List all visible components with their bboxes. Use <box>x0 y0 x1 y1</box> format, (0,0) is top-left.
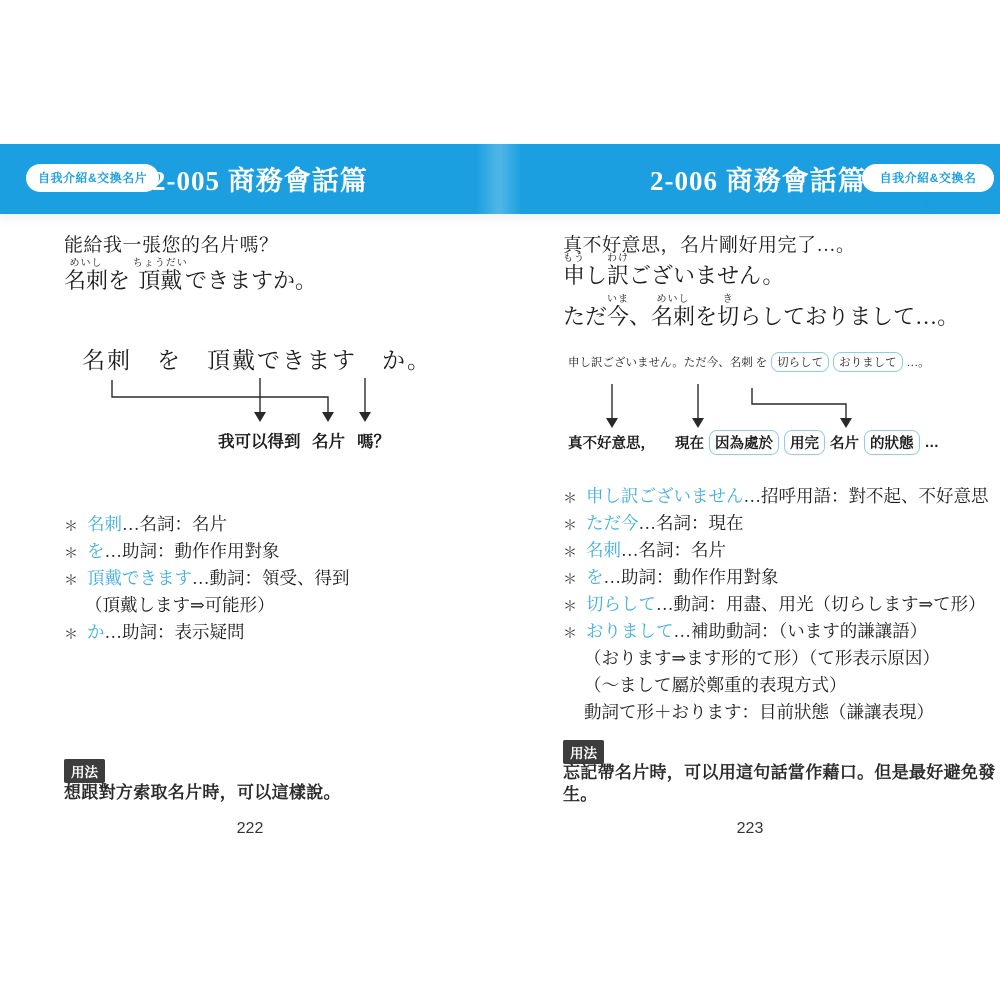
vocab-term: 切らして <box>586 591 656 616</box>
category-tab-right: 自我介紹&交換名片 <box>862 164 994 192</box>
page-gutter-seam <box>476 144 522 214</box>
translation-word: 名片 <box>312 428 345 452</box>
vocab-bullet: ＊ <box>563 488 577 508</box>
vocab-entry: ＊ ただ今 …名詞：現在 <box>563 509 989 536</box>
translation-segment: 真不好意思， <box>568 432 655 453</box>
vocab-entry: ＊ 名刺 …名詞：名片 <box>64 510 350 537</box>
vocab-desc: …助詞：動作作用對象 <box>105 538 280 563</box>
sentence-breakdown-diagram-left: 名刺 を 頂戴できます か。 我可以得到 名片 嗎？ <box>20 342 490 460</box>
category-tab-left: 自我介紹&交換名片 <box>26 164 159 192</box>
vocab-entry: ＊ か …助詞：表示疑問 <box>64 618 350 645</box>
vocab-term: 頂戴できます <box>87 565 192 590</box>
vocab-term: ただ今 <box>586 510 639 535</box>
translation-segment-boxed: 因為處於 <box>709 430 779 455</box>
vocab-note: （おります⇒ます形的て形）（て形表示原因） <box>563 644 989 671</box>
translation-segment: … <box>925 435 940 451</box>
vocab-desc: …補助動詞：（います的謙讓語） <box>674 618 928 643</box>
japanese-sentence-left: 名刺めいしを 頂戴ちょうだいできますか。 <box>64 258 317 295</box>
chinese-intro-left: 能給我一張您的名片嗎？ <box>64 230 279 257</box>
vocab-term: を <box>87 538 105 563</box>
vocab-bullet: ＊ <box>64 624 78 644</box>
vocab-term: 名刺 <box>87 511 122 536</box>
vocab-desc: …助詞：動作作用對象 <box>604 564 779 589</box>
vocab-entry: ＊ 申し訳ございません …招呼用語：對不起、不好意思 <box>563 482 989 509</box>
vocab-bullet: ＊ <box>64 516 78 536</box>
usage-label-right: 用法 <box>563 740 604 764</box>
vocab-bullet: ＊ <box>64 570 78 590</box>
vocab-term: おりまして <box>586 618 674 643</box>
vocab-entry: ＊ 切らして …動詞：用盡、用光（切らします⇒て形） <box>563 590 989 617</box>
lesson-title-left: 2-005 商務會話篇 <box>152 159 368 198</box>
vocab-term: を <box>586 564 604 589</box>
translation-segment: 名片 <box>830 432 859 453</box>
vocab-entry: ＊ おりまして …補助動詞：（います的謙讓語） <box>563 617 989 644</box>
vocab-bullet: ＊ <box>563 596 577 616</box>
usage-label-left: 用法 <box>64 759 105 783</box>
page-number-right: 223 <box>500 820 1000 838</box>
translation-segment-boxed: 用完 <box>784 430 825 455</box>
vocab-desc: …動詞：領受、得到 <box>192 565 350 590</box>
vocab-term: 申し訳ございません <box>586 483 744 508</box>
japanese-sentence-right-2: ただ今いま、名刺めいしを切きらしておりまして…。 <box>563 294 959 331</box>
translation-segment-boxed: 的狀態 <box>864 430 920 455</box>
translation-word: 嗎？ <box>357 428 390 452</box>
vocab-bullet: ＊ <box>563 515 577 535</box>
book-spread-photo: { "theme": { "header_blue": "#1b9fe0", "… <box>0 0 1000 1000</box>
vocab-note: 動詞て形＋おります：目前狀態（謙讓表現） <box>563 698 989 725</box>
vocab-bullet: ＊ <box>64 543 78 563</box>
usage-text-right: 忘記帶名片時，可以用這句話當作藉口。但是最好避免發生。 <box>563 762 1000 806</box>
vocab-desc: …名詞：名片 <box>621 537 726 562</box>
vocab-entry: ＊ を …助詞：動作作用對象 <box>64 537 350 564</box>
vocab-entry: ＊ を …助詞：動作作用對象 <box>563 563 989 590</box>
sentence-breakdown-diagram-right: 申し訳ございません。ただ今、名刺 を 切らして おりまして …。 真不好意思， … <box>540 350 1000 465</box>
translation-segment: 現在 <box>675 432 704 453</box>
vocab-desc: …動詞：用盡、用光（切らします⇒て形） <box>656 591 986 616</box>
vocab-term: 名刺 <box>586 537 621 562</box>
vocab-bullet: ＊ <box>563 623 577 643</box>
usage-text-left: 想跟對方索取名片時，可以這樣說。 <box>64 782 474 804</box>
header-bar: 自我介紹&交換名片 2-005 商務會話篇 2-006 商務會話篇 自我介紹&交… <box>0 144 1000 214</box>
vocab-desc: …名詞：現在 <box>639 510 744 535</box>
japanese-sentence-right-1: 申もうし訳わけございません。 <box>563 253 784 290</box>
vocab-entry: ＊ 名刺 …名詞：名片 <box>563 536 989 563</box>
vocab-desc: …名詞：名片 <box>122 511 227 536</box>
vocab-term: か <box>87 619 105 644</box>
page-number-left: 222 <box>0 820 500 838</box>
vocab-entry: ＊ 頂戴できます …動詞：領受、得到 <box>64 564 350 591</box>
translation-word: 我可以得到 <box>218 428 301 452</box>
vocab-desc: …招呼用語：對不起、不好意思 <box>744 483 989 508</box>
vocab-desc: …助詞：表示疑問 <box>105 619 245 644</box>
vocab-note: （～まして屬於鄭重的表現方式） <box>563 671 989 698</box>
vocab-list-left: ＊ 名刺 …名詞：名片 ＊ を …助詞：動作作用對象 ＊ 頂戴できます …動詞：… <box>64 510 350 645</box>
lesson-title-right: 2-006 商務會話篇 <box>650 159 866 198</box>
vocab-bullet: ＊ <box>563 542 577 562</box>
vocab-list-right: ＊ 申し訳ございません …招呼用語：對不起、不好意思 ＊ ただ今 …名詞：現在 … <box>563 482 989 725</box>
vocab-note: （頂戴します⇒可能形） <box>64 591 350 618</box>
vocab-bullet: ＊ <box>563 569 577 589</box>
translation-row-right: 真不好意思， 現在 因為處於 用完 名片 的狀態 … <box>568 430 939 455</box>
